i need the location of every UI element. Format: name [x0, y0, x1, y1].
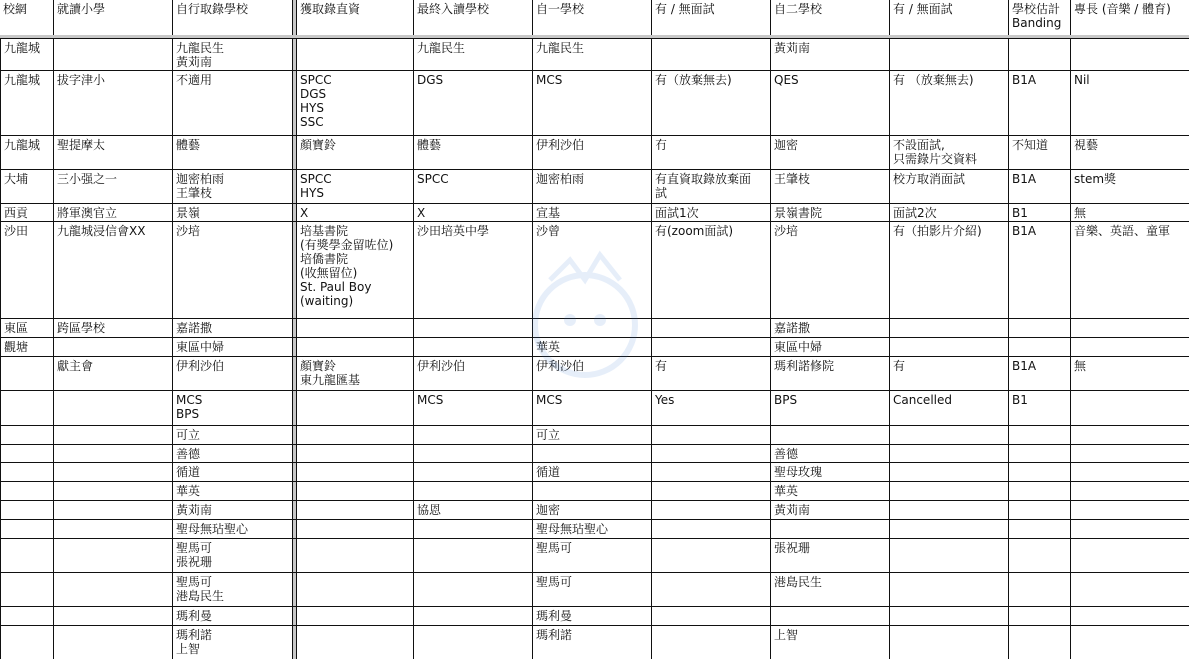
table-body: 九龍城九龍民生 黃苅南九龍民生九龍民生黃苅南九龍城拔字津小不適用SPCC DGS… [0, 39, 1189, 659]
cell-self-admitted-school: 瑪利諾 上智 [173, 626, 293, 659]
header-interview-2: 有 / 無面試 [890, 0, 1009, 35]
cell-banding [1009, 39, 1071, 70]
cell-school-net [0, 391, 54, 425]
cell-dss-admitted [297, 445, 414, 462]
cell-choice-2: 景嶺書院 [771, 204, 890, 221]
cell-school-net [0, 357, 54, 390]
cell-choice-2: BPS [771, 391, 890, 425]
cell-choice-1: 伊利沙伯 [533, 357, 652, 390]
cell-final-school [414, 520, 533, 538]
cell-banding [1009, 539, 1071, 572]
cell-self-admitted-school: 嘉諾撒 [173, 319, 293, 337]
cell-banding [1009, 501, 1071, 519]
cell-banding: 不知道 [1009, 136, 1071, 169]
cell-self-admitted-school: 循道 [173, 463, 293, 481]
cell-school-net [0, 520, 54, 538]
header-school-net: 校網 [0, 0, 54, 35]
cell-final-school: 協恩 [414, 501, 533, 519]
cell-choice-2: 黃苅南 [771, 39, 890, 70]
cell-choice-2 [771, 520, 890, 538]
cell-choice-1: 聖馬可 [533, 573, 652, 606]
header-final-school: 最終入讀學校 [414, 0, 533, 35]
cell-interview-1 [652, 501, 771, 519]
cell-school-net [0, 573, 54, 606]
cell-primary-school [54, 520, 173, 538]
cell-choice-2: 東區中婦 [771, 338, 890, 356]
cell-specialty [1071, 338, 1189, 356]
cell-specialty: 無 [1071, 357, 1189, 390]
cell-banding [1009, 482, 1071, 500]
cell-self-admitted-school: 景嶺 [173, 204, 293, 221]
cell-dss-admitted: SPCC DGS HYS SSC [297, 71, 414, 135]
table-header-row: 校網 就讀小學 自行取錄學校 獲取錄直資 最終入讀學校 自一學校 有 / 無面試… [0, 0, 1189, 35]
table-row: 九龍城拔字津小不適用SPCC DGS HYS SSCDGSMCS有（放棄無去)Q… [0, 71, 1189, 136]
cell-final-school: 沙田培英中學 [414, 222, 533, 318]
table-row: 瑪利曼瑪利曼 [0, 607, 1189, 626]
cell-choice-2: 瑪利諾修院 [771, 357, 890, 390]
cell-specialty [1071, 445, 1189, 462]
cell-interview-2: 校方取消面試 [890, 170, 1009, 203]
table-row: 大埔三小强之一迦密柏雨 王肇枝SPCC HYSSPCC迦密柏雨有直資取錄放棄面 … [0, 170, 1189, 204]
cell-final-school: X [414, 204, 533, 221]
cell-school-net [0, 463, 54, 481]
cell-final-school: 伊利沙伯 [414, 357, 533, 390]
cell-specialty [1071, 482, 1189, 500]
cell-choice-2: 嘉諾撒 [771, 319, 890, 337]
cell-dss-admitted [297, 338, 414, 356]
cell-school-net [0, 426, 54, 444]
table-row: 東區跨區學校嘉諾撒嘉諾撒 [0, 319, 1189, 338]
table-row: 聖母無玷聖心聖母無玷聖心 [0, 520, 1189, 539]
cell-choice-2: 港島民生 [771, 573, 890, 606]
cell-interview-2 [890, 482, 1009, 500]
cell-choice-2: 迦密 [771, 136, 890, 169]
cell-choice-2: 聖母玫瑰 [771, 463, 890, 481]
cell-interview-2: 不設面試, 只需錄片交資料 [890, 136, 1009, 169]
cell-choice-1: 迦密柏雨 [533, 170, 652, 203]
cell-choice-2: QES [771, 71, 890, 135]
cell-school-net [0, 445, 54, 462]
cell-school-net: 西貢 [0, 204, 54, 221]
cell-school-net: 九龍城 [0, 71, 54, 135]
cell-self-admitted-school: 聖馬可 張祝珊 [173, 539, 293, 572]
cell-interview-1 [652, 573, 771, 606]
cell-final-school [414, 463, 533, 481]
cell-interview-2: 有（拍影片介紹) [890, 222, 1009, 318]
cell-choice-2: 華英 [771, 482, 890, 500]
cell-specialty: stem獎 [1071, 170, 1189, 203]
header-dss-admitted: 獲取錄直資 [297, 0, 414, 35]
cell-final-school [414, 338, 533, 356]
cell-dss-admitted [297, 426, 414, 444]
cell-interview-2 [890, 445, 1009, 462]
cell-choice-1: MCS [533, 391, 652, 425]
cell-dss-admitted [297, 520, 414, 538]
cell-choice-2: 沙培 [771, 222, 890, 318]
cell-primary-school [54, 539, 173, 572]
cell-primary-school: 聖提摩太 [54, 136, 173, 169]
cell-interview-1: 冇 [652, 136, 771, 169]
cell-choice-1: 沙曾 [533, 222, 652, 318]
cell-interview-2 [890, 319, 1009, 337]
cell-primary-school: 拔字津小 [54, 71, 173, 135]
cell-school-net [0, 501, 54, 519]
cell-primary-school [54, 626, 173, 659]
cell-interview-1 [652, 39, 771, 70]
cell-primary-school: 三小强之一 [54, 170, 173, 203]
cell-interview-1: Yes [652, 391, 771, 425]
cell-dss-admitted: 顏寶鈴 [297, 136, 414, 169]
cell-choice-2 [771, 426, 890, 444]
cell-choice-1: 瑪利曼 [533, 607, 652, 625]
cell-interview-1 [652, 338, 771, 356]
cell-dss-admitted: 顏寶鈴 東九龍匯基 [297, 357, 414, 390]
cell-final-school: DGS [414, 71, 533, 135]
cell-school-net: 沙田 [0, 222, 54, 318]
cell-dss-admitted [297, 463, 414, 481]
cell-choice-1: 伊利沙伯 [533, 136, 652, 169]
cell-self-admitted-school: 九龍民生 黃苅南 [173, 39, 293, 70]
cell-choice-1: 聖母無玷聖心 [533, 520, 652, 538]
cell-interview-2: Cancelled [890, 391, 1009, 425]
cell-dss-admitted [297, 319, 414, 337]
cell-interview-2: 有 [890, 357, 1009, 390]
cell-specialty [1071, 463, 1189, 481]
cell-primary-school [54, 501, 173, 519]
cell-banding [1009, 426, 1071, 444]
cell-dss-admitted [297, 607, 414, 625]
cell-final-school: MCS [414, 391, 533, 425]
cell-final-school: 九龍民生 [414, 39, 533, 70]
table-row: 善德善德 [0, 445, 1189, 463]
cell-primary-school: 跨區學校 [54, 319, 173, 337]
cell-self-admitted-school: 可立 [173, 426, 293, 444]
cell-school-net [0, 607, 54, 625]
header-primary-school: 就讀小學 [54, 0, 173, 35]
cell-banding [1009, 445, 1071, 462]
cell-choice-1: 宣基 [533, 204, 652, 221]
cell-dss-admitted [297, 482, 414, 500]
cell-final-school: SPCC [414, 170, 533, 203]
table-row: 華英華英 [0, 482, 1189, 501]
cell-banding [1009, 607, 1071, 625]
table-row: MCS BPSMCSMCSYesBPSCancelledB1 [0, 391, 1189, 426]
cell-self-admitted-school: 善德 [173, 445, 293, 462]
cell-school-net: 東區 [0, 319, 54, 337]
cell-primary-school [54, 482, 173, 500]
cell-primary-school: 獻主會 [54, 357, 173, 390]
table-row: 沙田九龍城浸信會XX沙培培基書院 (有獎學金留咗位) 培僑書院 (收無留位) S… [0, 222, 1189, 319]
cell-primary-school [54, 426, 173, 444]
cell-interview-1 [652, 445, 771, 462]
cell-school-net [0, 626, 54, 659]
cell-dss-admitted [297, 39, 414, 70]
cell-choice-1: 華英 [533, 338, 652, 356]
cell-specialty [1071, 520, 1189, 538]
header-specialty: 專長 (音樂 / 體育) [1071, 0, 1189, 35]
cell-dss-admitted [297, 626, 414, 659]
cell-interview-2 [890, 426, 1009, 444]
cell-specialty: Nil [1071, 71, 1189, 135]
cell-self-admitted-school: 伊利沙伯 [173, 357, 293, 390]
cell-interview-1: 有（放棄無去) [652, 71, 771, 135]
cell-primary-school: 將軍澳官立 [54, 204, 173, 221]
cell-final-school [414, 626, 533, 659]
cell-banding: B1A [1009, 71, 1071, 135]
cell-banding [1009, 573, 1071, 606]
cell-specialty [1071, 626, 1189, 659]
cell-specialty [1071, 319, 1189, 337]
table-row: 觀塘東區中婦華英東區中婦 [0, 338, 1189, 357]
cell-choice-1: 瑪利諾 [533, 626, 652, 659]
cell-primary-school [54, 338, 173, 356]
header-choice-1: 自一學校 [533, 0, 652, 35]
cell-interview-1 [652, 463, 771, 481]
cell-dss-admitted [297, 501, 414, 519]
cell-self-admitted-school: 華英 [173, 482, 293, 500]
cell-primary-school [54, 391, 173, 425]
table-row: 九龍城九龍民生 黃苅南九龍民生九龍民生黃苅南 [0, 39, 1189, 71]
cell-interview-1 [652, 319, 771, 337]
cell-interview-2 [890, 501, 1009, 519]
header-self-admitted-school: 自行取錄學校 [173, 0, 293, 35]
cell-interview-1 [652, 607, 771, 625]
header-banding: 學校估計 Banding [1009, 0, 1071, 35]
cell-interview-1: 有(zoom面試) [652, 222, 771, 318]
cell-specialty [1071, 39, 1189, 70]
school-admission-table: 校網 就讀小學 自行取錄學校 獲取錄直資 最終入讀學校 自一學校 有 / 無面試… [0, 0, 1189, 659]
cell-self-admitted-school: 沙培 [173, 222, 293, 318]
cell-school-net [0, 539, 54, 572]
cell-interview-1: 面試1次 [652, 204, 771, 221]
cell-choice-2 [771, 607, 890, 625]
cell-self-admitted-school: 黃苅南 [173, 501, 293, 519]
cell-final-school [414, 482, 533, 500]
header-interview-1: 有 / 無面試 [652, 0, 771, 35]
table-row: 九龍城聖提摩太體藝顏寶鈴體藝伊利沙伯冇迦密不設面試, 只需錄片交資料不知道視藝 [0, 136, 1189, 170]
cell-final-school [414, 445, 533, 462]
cell-banding [1009, 520, 1071, 538]
cell-interview-2 [890, 607, 1009, 625]
table-row: 西貢將軍澳官立景嶺XX宣基面試1次景嶺書院面試2次B1無 [0, 204, 1189, 222]
cell-interview-1 [652, 426, 771, 444]
cell-banding [1009, 463, 1071, 481]
cell-final-school [414, 539, 533, 572]
cell-interview-1 [652, 626, 771, 659]
cell-specialty [1071, 426, 1189, 444]
table-row: 聖馬可 港島民生聖馬可港島民生 [0, 573, 1189, 607]
cell-choice-2: 上智 [771, 626, 890, 659]
table-row: 循道循道聖母玫瑰 [0, 463, 1189, 482]
cell-self-admitted-school: 不適用 [173, 71, 293, 135]
cell-choice-1 [533, 319, 652, 337]
cell-dss-admitted [297, 573, 414, 606]
cell-banding: B1 [1009, 204, 1071, 221]
cell-specialty: 音樂、英語、童軍 [1071, 222, 1189, 318]
cell-interview-2 [890, 463, 1009, 481]
cell-specialty [1071, 501, 1189, 519]
cell-final-school [414, 319, 533, 337]
cell-self-admitted-school: 瑪利曼 [173, 607, 293, 625]
cell-school-net [0, 482, 54, 500]
cell-interview-1: 有 [652, 357, 771, 390]
cell-choice-1: MCS [533, 71, 652, 135]
cell-self-admitted-school: MCS BPS [173, 391, 293, 425]
cell-dss-admitted [297, 391, 414, 425]
cell-primary-school: 九龍城浸信會XX [54, 222, 173, 318]
cell-self-admitted-school: 迦密柏雨 王肇枝 [173, 170, 293, 203]
cell-interview-1: 有直資取錄放棄面 試 [652, 170, 771, 203]
cell-final-school [414, 573, 533, 606]
header-choice-2: 自二學校 [771, 0, 890, 35]
cell-interview-1 [652, 520, 771, 538]
cell-choice-1: 九龍民生 [533, 39, 652, 70]
cell-interview-1 [652, 482, 771, 500]
cell-banding: B1 [1009, 391, 1071, 425]
cell-school-net: 觀塘 [0, 338, 54, 356]
cell-interview-2 [890, 573, 1009, 606]
cell-choice-2: 張祝珊 [771, 539, 890, 572]
cell-choice-2: 善德 [771, 445, 890, 462]
cell-interview-2 [890, 338, 1009, 356]
cell-choice-1 [533, 445, 652, 462]
cell-primary-school [54, 573, 173, 606]
cell-school-net: 九龍城 [0, 39, 54, 70]
cell-specialty [1071, 391, 1189, 425]
cell-banding: B1A [1009, 357, 1071, 390]
cell-choice-1: 聖馬可 [533, 539, 652, 572]
table-row: 可立可立 [0, 426, 1189, 445]
cell-interview-2: 面試2次 [890, 204, 1009, 221]
cell-choice-1: 循道 [533, 463, 652, 481]
cell-interview-2: 有 （放棄無去) [890, 71, 1009, 135]
cell-choice-2: 黃苅南 [771, 501, 890, 519]
cell-primary-school [54, 463, 173, 481]
table-row: 黃苅南協恩迦密黃苅南 [0, 501, 1189, 520]
cell-self-admitted-school: 體藝 [173, 136, 293, 169]
cell-self-admitted-school: 東區中婦 [173, 338, 293, 356]
cell-primary-school [54, 39, 173, 70]
cell-school-net: 九龍城 [0, 136, 54, 169]
cell-interview-2 [890, 39, 1009, 70]
table-row: 獻主會伊利沙伯顏寶鈴 東九龍匯基伊利沙伯伊利沙伯有瑪利諾修院有B1A無 [0, 357, 1189, 391]
cell-specialty: 無 [1071, 204, 1189, 221]
cell-final-school [414, 607, 533, 625]
cell-interview-2 [890, 539, 1009, 572]
cell-choice-1: 迦密 [533, 501, 652, 519]
cell-specialty: 視藝 [1071, 136, 1189, 169]
cell-interview-2 [890, 520, 1009, 538]
table-row: 瑪利諾 上智瑪利諾上智 [0, 626, 1189, 659]
cell-specialty [1071, 539, 1189, 572]
cell-self-admitted-school: 聖馬可 港島民生 [173, 573, 293, 606]
cell-specialty [1071, 607, 1189, 625]
cell-final-school [414, 426, 533, 444]
cell-banding [1009, 319, 1071, 337]
cell-choice-1: 可立 [533, 426, 652, 444]
cell-final-school: 體藝 [414, 136, 533, 169]
cell-dss-admitted: 培基書院 (有獎學金留咗位) 培僑書院 (收無留位) St. Paul Boy … [297, 222, 414, 318]
cell-interview-2 [890, 626, 1009, 659]
cell-dss-admitted: X [297, 204, 414, 221]
cell-banding: B1A [1009, 170, 1071, 203]
cell-banding: B1A [1009, 222, 1071, 318]
cell-interview-1 [652, 539, 771, 572]
cell-primary-school [54, 607, 173, 625]
cell-choice-1 [533, 482, 652, 500]
cell-dss-admitted [297, 539, 414, 572]
table-row: 聖馬可 張祝珊聖馬可張祝珊 [0, 539, 1189, 573]
cell-school-net: 大埔 [0, 170, 54, 203]
cell-banding [1009, 626, 1071, 659]
cell-self-admitted-school: 聖母無玷聖心 [173, 520, 293, 538]
cell-primary-school [54, 445, 173, 462]
cell-banding [1009, 338, 1071, 356]
cell-choice-2: 王肇枝 [771, 170, 890, 203]
cell-dss-admitted: SPCC HYS [297, 170, 414, 203]
cell-specialty [1071, 573, 1189, 606]
